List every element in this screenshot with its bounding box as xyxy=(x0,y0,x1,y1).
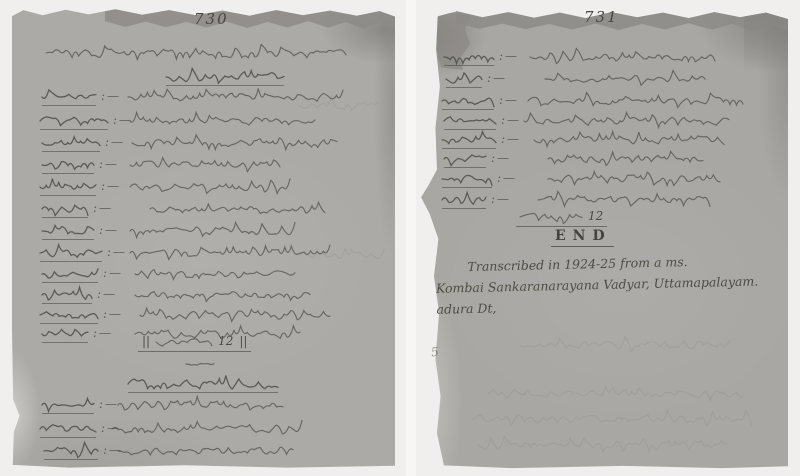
glossary-definition-squiggle xyxy=(130,156,280,172)
glossary-definition-squiggle xyxy=(130,178,290,194)
bleed-through-ghost-line xyxy=(520,336,730,352)
bleed-through-ghost-line xyxy=(478,436,728,452)
entry-separator: :— xyxy=(99,157,119,171)
glossary-definition-squiggle xyxy=(530,48,715,64)
entry-separator: :— xyxy=(93,201,113,215)
glossary-term-squiggle xyxy=(442,191,486,209)
glossary-term-squiggle xyxy=(40,306,98,324)
glossary-definition-squiggle xyxy=(534,131,724,147)
ink-layer: 730 731 END Transcribed in 1924-25 from … xyxy=(0,0,800,476)
entry-separator: :— xyxy=(101,179,121,193)
glossary-term-squiggle xyxy=(444,48,494,66)
entry-separator: :— xyxy=(487,71,507,85)
bleed-through-ghost-line xyxy=(300,246,384,262)
glossary-term-squiggle xyxy=(42,200,88,218)
right-page-tally: 12 xyxy=(516,208,607,227)
glossary-definition-squiggle xyxy=(118,442,293,458)
entry-separator: :— xyxy=(99,397,119,411)
tally-text: 12 xyxy=(218,334,233,348)
glossary-definition-squiggle xyxy=(140,306,330,322)
left-page-section-title xyxy=(166,68,284,86)
entry-separator: :— xyxy=(97,287,117,301)
glossary-definition-squiggle xyxy=(538,191,710,207)
pencil-margin-mark: 5 xyxy=(430,345,440,360)
left-page-number: 730 xyxy=(194,10,229,28)
end-label: END xyxy=(551,228,614,247)
colophon: Transcribed in 1924-25 from a ms. Kombai… xyxy=(435,249,772,320)
entry-separator: :— xyxy=(103,307,123,321)
glossary-term-squiggle xyxy=(446,70,482,88)
glossary-definition-squiggle xyxy=(132,134,337,150)
glossary-definition-squiggle xyxy=(548,150,703,166)
glossary-term-squiggle xyxy=(42,265,98,283)
glossary-term-squiggle xyxy=(44,442,98,460)
glossary-term-squiggle xyxy=(42,134,100,152)
glossary-term-squiggle xyxy=(42,286,92,304)
entry-separator: :— xyxy=(99,223,119,237)
glossary-term-squiggle xyxy=(42,222,94,240)
entry-separator: :— xyxy=(93,326,113,340)
glossary-term-squiggle xyxy=(442,170,492,188)
glossary-definition-squiggle xyxy=(112,420,302,436)
left-page-invocation-line xyxy=(46,44,346,60)
entry-separator: :— xyxy=(499,49,519,63)
entry-separator: :— xyxy=(491,192,511,206)
entry-separator: :— xyxy=(499,93,519,107)
left-page-flourish xyxy=(186,355,214,371)
glossary-definition-squiggle xyxy=(135,286,310,302)
glossary-definition-squiggle xyxy=(150,200,325,216)
glossary-definition-squiggle xyxy=(545,70,705,86)
tally-squiggle xyxy=(520,208,582,224)
glossary-term-squiggle xyxy=(40,420,96,438)
entry-separator: :— xyxy=(497,171,517,185)
glossary-term-squiggle xyxy=(442,92,494,110)
glossary-definition-squiggle xyxy=(130,222,295,238)
left-page-second-section-title xyxy=(128,375,278,393)
glossary-term-squiggle xyxy=(42,396,94,414)
tally-text: || xyxy=(239,334,247,348)
glossary-definition-squiggle xyxy=(528,92,743,108)
glossary-term-squiggle xyxy=(42,325,88,343)
bleed-through-ghost-line xyxy=(488,385,743,401)
left-page-tally: ||12|| xyxy=(138,333,251,352)
entry-separator: :— xyxy=(105,135,125,149)
glossary-term-squiggle xyxy=(442,131,496,149)
right-page-number: 731 xyxy=(584,8,619,26)
entry-separator: :— xyxy=(501,132,521,146)
entry-separator: :— xyxy=(491,151,511,165)
glossary-term-squiggle xyxy=(444,150,486,168)
bleed-through-ghost-line xyxy=(298,96,378,112)
entry-separator: :— xyxy=(101,89,121,103)
glossary-definition-squiggle xyxy=(130,112,315,128)
glossary-term-squiggle xyxy=(444,112,496,130)
bleed-through-ghost-line xyxy=(472,410,752,426)
glossary-term-squiggle xyxy=(42,88,96,106)
glossary-term-squiggle xyxy=(40,178,96,196)
glossary-definition-squiggle xyxy=(135,265,295,281)
glossary-definition-squiggle xyxy=(118,396,283,412)
glossary-term-squiggle xyxy=(42,156,94,174)
tally-text: 12 xyxy=(588,209,603,223)
glossary-definition-squiggle xyxy=(548,170,720,186)
glossary-term-squiggle xyxy=(40,112,108,130)
manuscript-scan: 730 731 END Transcribed in 1924-25 from … xyxy=(0,0,800,476)
tally-squiggle xyxy=(156,333,212,349)
entry-separator: :— xyxy=(103,266,123,280)
tally-text: || xyxy=(142,334,150,348)
glossary-term-squiggle xyxy=(40,244,102,262)
entry-separator: :— xyxy=(107,245,127,259)
entry-separator: :— xyxy=(501,113,521,127)
glossary-definition-squiggle xyxy=(524,112,729,128)
